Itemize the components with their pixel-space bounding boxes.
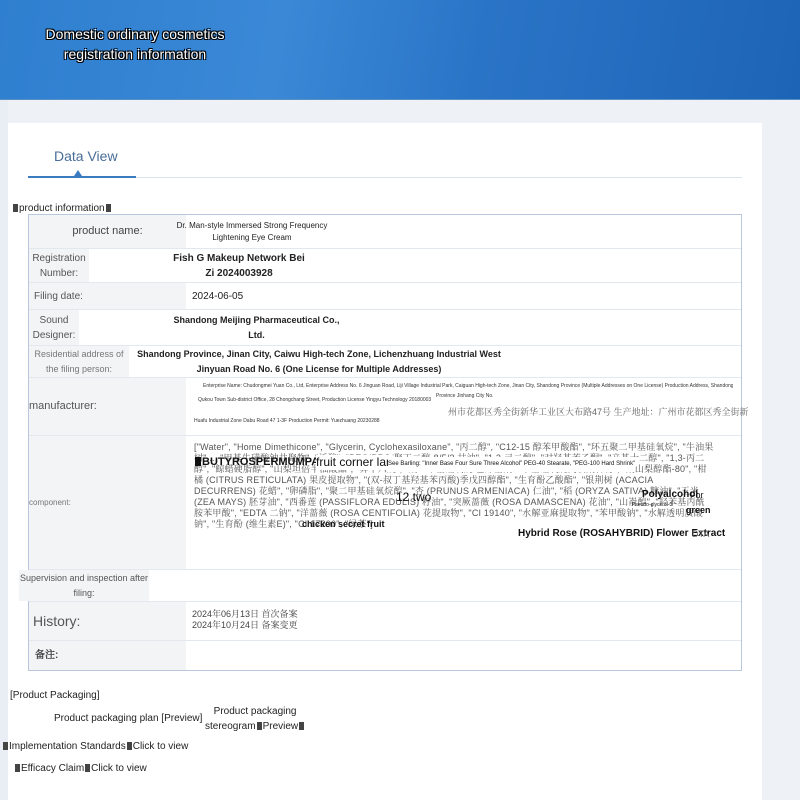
tab-data-view[interactable]: Data View [54,148,118,164]
history-entry: 2024年10月24日 备案变更 [192,620,741,631]
value-registration-number: Fish G Makeup Network Bei Zi 2024003928 [169,249,309,282]
left-gutter [0,100,8,800]
packaging-plan-preview-link[interactable]: Product packaging plan [Preview] [54,713,202,724]
value-supervision [186,570,741,601]
bracket-icon [257,722,262,730]
value-product-name: Dr. Man-style Immersed Strong Frequency … [167,215,337,248]
label-residential-address: Residential address of the filing person… [29,346,129,377]
label-product-name: product name: [29,215,186,248]
label-remarks: 备注: [29,641,186,670]
tab-divider [136,177,742,178]
label-supervision: Supervision and inspection after filing: [19,570,149,601]
page-title: Domestic ordinary cosmetics registration… [10,24,260,64]
product-packaging-heading: [Product Packaging] [10,690,100,701]
bracket-icon [85,764,90,772]
label-filing-date: Filing date: [29,283,186,309]
product-info-heading: product information [12,203,112,214]
implementation-standards-link[interactable]: Implementation StandardsClick to view [2,741,188,752]
value-filing-date: 2024-06-05 [186,283,741,309]
history-entry: 2024年06月13日 首次备案 [192,609,741,620]
row-filing-date: Filing date: 2024-06-05 [29,282,741,309]
label-component: component: [29,436,186,569]
value-component: ["Water", "Home Dimethicone", "Glycerin,… [186,436,741,569]
row-manufacturer: manufacturer: Enterprise Name: Chudongme… [29,377,741,435]
bracket-icon [195,457,201,466]
row-history: History: 2024年06月13日 首次备案 2024年10月24日 备案… [29,601,741,640]
value-manufacturer: Enterprise Name: Chudongmei Yuan Co., Lt… [186,378,741,435]
bracket-icon [299,722,304,730]
row-product-name: product name: Dr. Man-style Immersed Str… [29,215,741,248]
value-remarks [186,641,741,670]
label-registration-number: Registration Number: [29,249,89,282]
bracket-left-icon [13,204,18,212]
product-info-table: product name: Dr. Man-style Immersed Str… [28,214,742,671]
packaging-stereogram-link[interactable]: Product packaging stereogramPreview [205,704,305,734]
row-supervision: Supervision and inspection after filing: [29,569,741,601]
row-remarks: 备注: [29,640,741,670]
right-gutter [762,100,800,800]
tab-active-underline [28,176,136,178]
label-designer: Sound Designer: [29,310,79,345]
bracket-icon [127,742,132,750]
label-manufacturer: manufacturer: [29,378,186,435]
row-designer: Sound Designer: Shandong Meijing Pharmac… [29,309,741,345]
value-residential-address: Shandong Province, Jinan City, Caiwu Hig… [134,346,504,377]
row-component: component: ["Water", "Home Dimethicone",… [29,435,741,569]
header-banner: Domestic ordinary cosmetics registration… [0,0,800,100]
row-registration-number: Registration Number: Fish G Makeup Netwo… [29,248,741,282]
row-residential-address: Residential address of the filing person… [29,345,741,377]
bracket-right-icon [106,204,111,212]
label-history: History: [29,602,186,640]
bracket-icon [3,742,8,750]
bracket-icon [15,764,20,772]
value-designer: Shandong Meijing Pharmaceutical Co., Ltd… [169,310,344,345]
value-history: 2024年06月13日 首次备案 2024年10月24日 备案变更 [186,602,741,640]
efficacy-claim-link[interactable]: Efficacy ClaimClick to view [14,763,147,774]
